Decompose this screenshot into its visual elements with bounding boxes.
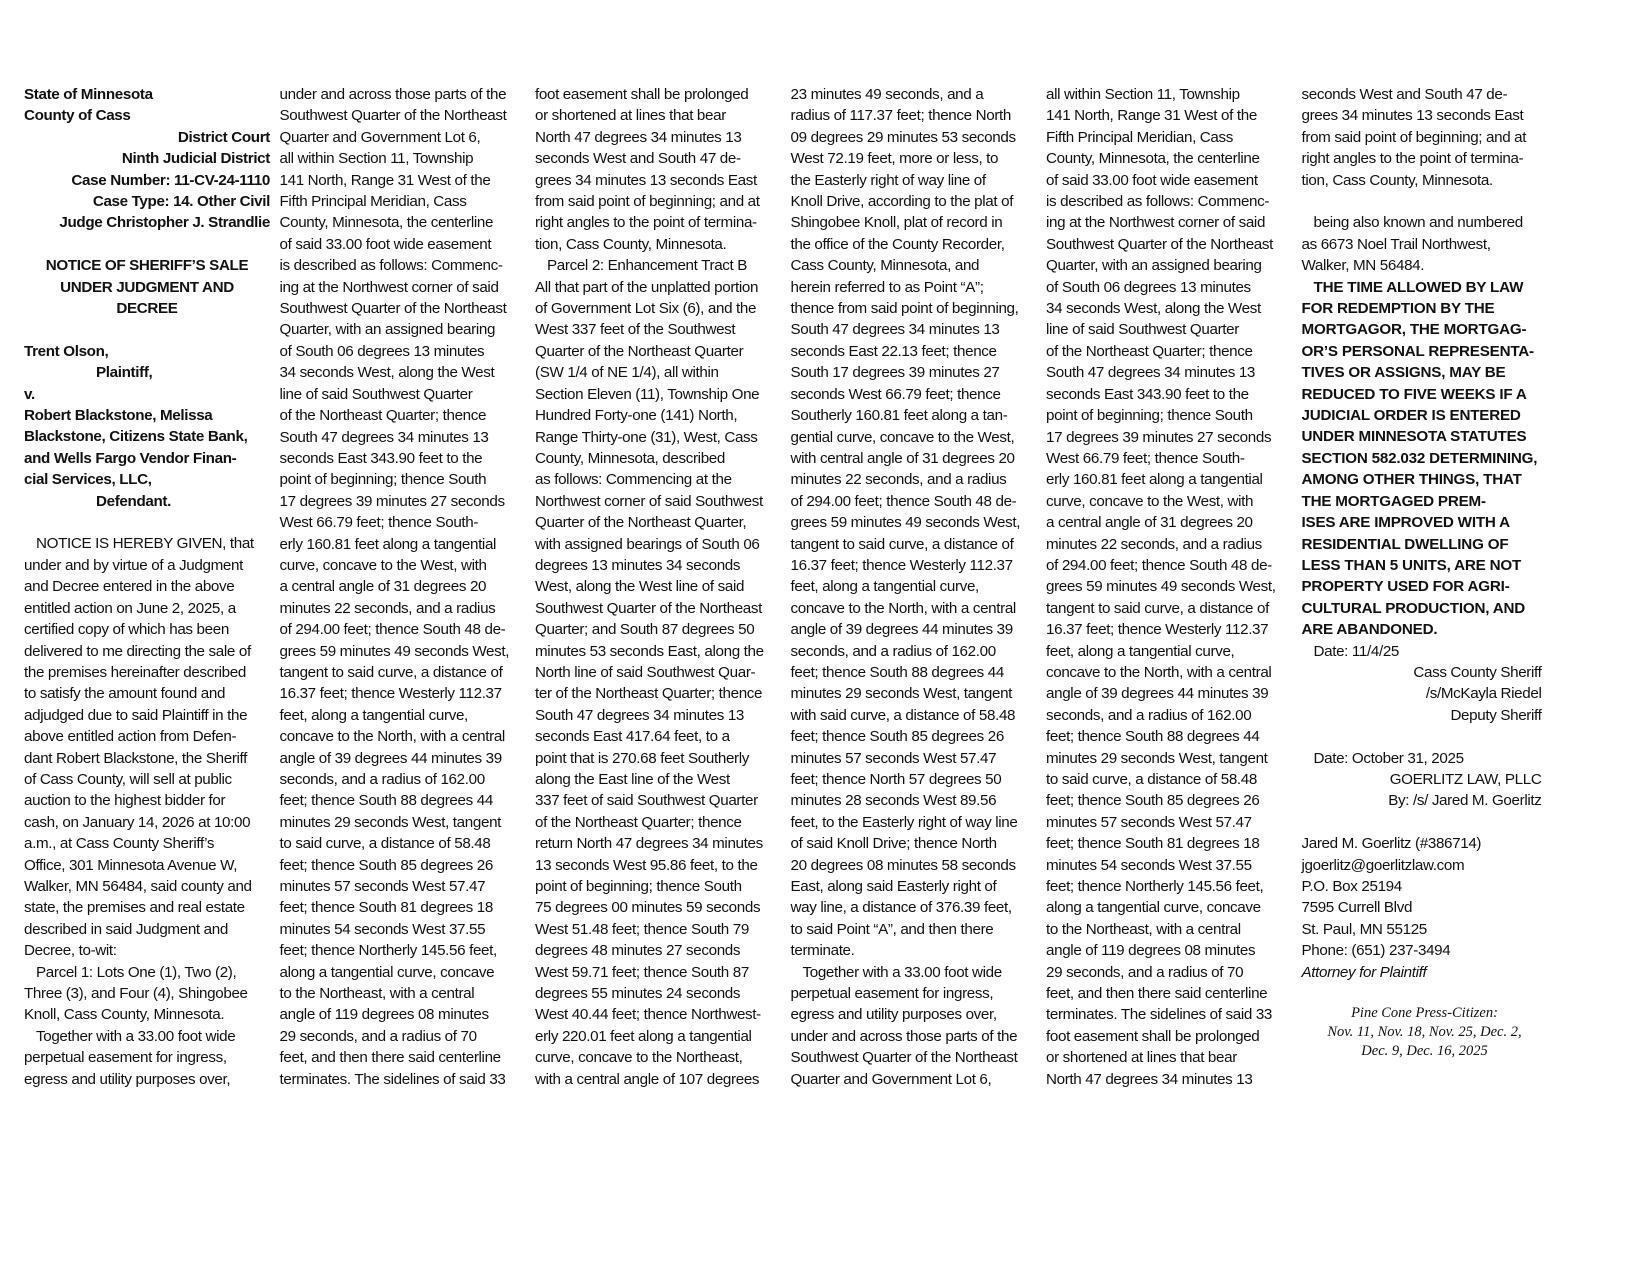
text-line: REDUCED TO FIVE WEEKS IF A <box>1302 384 1548 405</box>
text-line: above entitled action from Defen- <box>24 726 270 747</box>
text-line: PROPERTY USED FOR AGRI- <box>1302 576 1548 597</box>
text-line: All that part of the unplatted portion <box>535 277 781 298</box>
text-line: of 294.00 feet; thence South 48 de- <box>1046 555 1292 576</box>
text-line: (SW 1/4 of NE 1/4), all within <box>535 362 781 383</box>
text-line: concave to the North, with a central <box>1046 662 1292 683</box>
text-line: minutes 53 seconds East, along the <box>535 641 781 662</box>
text-line: egress and utility purposes over, <box>24 1069 270 1090</box>
text-line: THE TIME ALLOWED BY LAW <box>1302 277 1548 298</box>
text-line: ter of the Northeast Quarter; thence <box>535 683 781 704</box>
text-line: West 51.48 feet; thence South 79 <box>535 919 781 940</box>
text-line: Quarter and Government Lot 6, <box>791 1069 1037 1090</box>
text-line: South 17 degrees 39 minutes 27 <box>791 362 1037 383</box>
text-line: grees 34 minutes 13 seconds East <box>535 170 781 191</box>
column-4: 23 minutes 49 seconds, and aradius of 11… <box>791 84 1037 1090</box>
text-line: point of beginning; thence South <box>1046 405 1292 426</box>
text-line: the Easterly right of way line of <box>791 170 1037 191</box>
text-line: 34 seconds West, along the West <box>280 362 526 383</box>
text-line: gential curve, concave to the West, <box>791 427 1037 448</box>
defendant-line: cial Services, LLC, <box>24 469 270 490</box>
law-date: Date: October 31, 2025 <box>1302 748 1548 769</box>
text-line: Office, 301 Minnesota Avenue W, <box>24 855 270 876</box>
text-line: curve, concave to the West, with <box>1046 491 1292 512</box>
text-line: with a central angle of 107 degrees <box>535 1069 781 1090</box>
text-line: Quarter of the Northeast Quarter, <box>535 512 781 533</box>
text-line: along a tangential curve, concave <box>280 962 526 983</box>
text-line: UNDER MINNESOTA STATUTES <box>1302 426 1548 447</box>
text-line: Fifth Principal Meridian, Cass <box>280 191 526 212</box>
text-line: the premises hereinafter described <box>24 662 270 683</box>
text-line: 17 degrees 39 minutes 27 seconds <box>280 491 526 512</box>
text-line: concave to the North, with a central <box>791 598 1037 619</box>
text-line: Range Thirty-one (31), West, Cass <box>535 427 781 448</box>
column-5: all within Section 11, Township141 North… <box>1046 84 1292 1090</box>
legal-description: under and across those parts of theSouth… <box>280 84 526 1090</box>
text-line: along the East line of the West <box>535 769 781 790</box>
text-line: seconds, and a radius of 162.00 <box>791 641 1037 662</box>
text-line: feet; thence South 88 degrees 44 <box>280 790 526 811</box>
text-line: line of said Southwest Quarter <box>280 384 526 405</box>
text-line: seconds West 66.79 feet; thence <box>791 384 1037 405</box>
text-line: terminates. The sidelines of said 33 <box>280 1069 526 1090</box>
text-line: with said curve, a distance of 58.48 <box>791 705 1037 726</box>
text-line: seconds, and a radius of 162.00 <box>280 769 526 790</box>
text-line: degrees 55 minutes 24 seconds <box>535 983 781 1004</box>
text-line: perpetual easement for ingress, <box>791 983 1037 1004</box>
text-line: foot easement shall be prolonged <box>1046 1026 1292 1047</box>
text-line: feet; thence Northerly 145.56 feet, <box>280 940 526 961</box>
property-address: being also known and numberedas 6673 Noe… <box>1302 212 1548 276</box>
text-line: is described as follows: Commenc- <box>280 255 526 276</box>
text-line: seconds West and South 47 de- <box>1302 84 1548 105</box>
text-line: South 47 degrees 34 minutes 13 <box>791 319 1037 340</box>
text-line: erly 160.81 feet along a tangential <box>1046 469 1292 490</box>
text-line: feet; thence South 85 degrees 26 <box>791 726 1037 747</box>
text-line: South 47 degrees 34 minutes 13 <box>1046 362 1292 383</box>
publication-info: Pine Cone Press-Citizen: Nov. 11, Nov. 1… <box>1302 1004 1548 1061</box>
caption-district: Ninth Judicial District <box>24 148 270 169</box>
text-line: of the Northeast Quarter; thence <box>1046 341 1292 362</box>
text-line: degrees 13 minutes 34 seconds <box>535 555 781 576</box>
text-line: Together with a 33.00 foot wide <box>24 1026 270 1047</box>
redemption-notice: THE TIME ALLOWED BY LAWFOR REDEMPTION BY… <box>1302 277 1548 641</box>
text-line: ISES ARE IMPROVED WITH A <box>1302 512 1548 533</box>
attorney-role: Attorney for Plaintiff <box>1302 962 1548 983</box>
text-line: East, along said Easterly right of <box>791 876 1037 897</box>
attorney-street: 7595 Currell Blvd <box>1302 897 1548 918</box>
text-line: feet; thence North 57 degrees 50 <box>791 769 1037 790</box>
text-line: 13 seconds West 95.86 feet, to the <box>535 855 781 876</box>
text-line: thence from said point of beginning, <box>791 298 1037 319</box>
text-line: certified copy of which has been <box>24 619 270 640</box>
text-line: auction to the highest bidder for <box>24 790 270 811</box>
text-line: Hundred Forty-one (141) North, <box>535 405 781 426</box>
publication-dates: Dec. 9, Dec. 16, 2025 <box>1302 1042 1548 1061</box>
text-line: West 59.71 feet; thence South 87 <box>535 962 781 983</box>
text-line: a central angle of 31 degrees 20 <box>280 576 526 597</box>
text-line: Section Eleven (11), Township One <box>535 384 781 405</box>
text-line: 16.37 feet; thence Westerly 112.37 <box>1046 619 1292 640</box>
text-line: grees 59 minutes 49 seconds West, <box>280 641 526 662</box>
text-line: TIVES OR ASSIGNS, MAY BE <box>1302 362 1548 383</box>
text-line: JUDICIAL ORDER IS ENTERED <box>1302 405 1548 426</box>
text-line: along a tangential curve, concave <box>1046 897 1292 918</box>
text-line: minutes 57 seconds West 57.47 <box>1046 812 1292 833</box>
text-line: dant Robert Blackstone, the Sheriff <box>24 748 270 769</box>
text-line: minutes 22 seconds, and a radius <box>280 598 526 619</box>
text-line: with central angle of 31 degrees 20 <box>791 448 1037 469</box>
text-line: 337 feet of said Southwest Quarter <box>535 790 781 811</box>
text-line: 29 seconds, and a radius of 70 <box>1046 962 1292 983</box>
text-line: County, Minnesota, the centerline <box>280 212 526 233</box>
text-line: 29 seconds, and a radius of 70 <box>280 1026 526 1047</box>
text-line: angle of 119 degrees 08 minutes <box>1046 940 1292 961</box>
text-line: RESIDENTIAL DWELLING OF <box>1302 534 1548 555</box>
text-line: return North 47 degrees 34 minutes <box>535 833 781 854</box>
text-line: West 40.44 feet; thence Northwest- <box>535 1004 781 1025</box>
caption-state: State of Minnesota <box>24 84 270 105</box>
text-line: state, the premises and real estate <box>24 897 270 918</box>
text-line: SECTION 582.032 DETERMINING, <box>1302 448 1548 469</box>
text-line: seconds West and South 47 de- <box>535 148 781 169</box>
text-line: angle of 39 degrees 44 minutes 39 <box>280 748 526 769</box>
text-line: feet, to the Easterly right of way line <box>791 812 1037 833</box>
column-1: State of Minnesota County of Cass Distri… <box>24 84 270 1090</box>
text-line: OR’S PERSONAL REPRESENTA- <box>1302 341 1548 362</box>
attorney-email: jgoerlitz@goerlitzlaw.com <box>1302 855 1548 876</box>
text-line: 75 degrees 00 minutes 59 seconds <box>535 897 781 918</box>
text-line: of the Northeast Quarter; thence <box>535 812 781 833</box>
text-line: as follows: Commencing at the <box>535 469 781 490</box>
text-line: a central angle of 31 degrees 20 <box>1046 512 1292 533</box>
attorney-name: Jared M. Goerlitz (#386714) <box>1302 833 1548 854</box>
text-line: North line of said Southwest Quar- <box>535 662 781 683</box>
text-line: minutes 22 seconds, and a radius <box>791 469 1037 490</box>
text-line: all within Section 11, Township <box>280 148 526 169</box>
text-line: feet, and then there said centerline <box>280 1047 526 1068</box>
text-line: angle of 39 degrees 44 minutes 39 <box>1046 683 1292 704</box>
text-line: North 47 degrees 34 minutes 13 <box>1046 1069 1292 1090</box>
plaintiff-label: Plaintiff, <box>24 362 270 383</box>
text-line: feet; thence Northerly 145.56 feet, <box>1046 876 1292 897</box>
text-line: Three (3), and Four (4), Shingobee <box>24 983 270 1004</box>
text-line: 16.37 feet; thence Westerly 112.37 <box>791 555 1037 576</box>
text-line: seconds East 417.64 feet, to a <box>535 726 781 747</box>
text-line: County, Minnesota, the centerline <box>1046 148 1292 169</box>
text-line: angle of 39 degrees 44 minutes 39 <box>791 619 1037 640</box>
text-line: minutes 29 seconds West, tangent <box>791 683 1037 704</box>
text-line: feet, along a tangential curve, <box>791 576 1037 597</box>
text-line: Quarter and Government Lot 6, <box>280 127 526 148</box>
judge-name: Judge Christopher J. Strandlie <box>24 212 270 233</box>
text-line: described in said Judgment and <box>24 919 270 940</box>
text-line: NOTICE IS HEREBY GIVEN, that <box>24 533 270 554</box>
text-line: MORTGAGOR, THE MORTGAG- <box>1302 319 1548 340</box>
text-line: grees 59 minutes 49 seconds West, <box>1046 576 1292 597</box>
text-line: of Government Lot Six (6), and the <box>535 298 781 319</box>
defendant-line: and Wells Fargo Vendor Finan- <box>24 448 270 469</box>
legal-description: foot easement shall be prolongedor short… <box>535 84 781 1090</box>
versus: v. <box>24 384 270 405</box>
text-line: radius of 117.37 feet; thence North <box>791 105 1037 126</box>
text-line: Knoll, Cass County, Minnesota. <box>24 1004 270 1025</box>
text-line: of the Northeast Quarter; thence <box>280 405 526 426</box>
text-line: right angles to the point of termina- <box>1302 148 1548 169</box>
defendant-label: Defendant. <box>24 491 270 512</box>
text-line: of 294.00 feet; thence South 48 de- <box>791 491 1037 512</box>
defendant-line: Blackstone, Citizens State Bank, <box>24 426 270 447</box>
caption-court: District Court <box>24 127 270 148</box>
text-line: a.m., at Cass County Sheriff’s <box>24 833 270 854</box>
text-line: way line, a distance of 376.39 feet, <box>791 897 1037 918</box>
text-line: Walker, MN 56484. <box>1302 255 1548 276</box>
text-line: of said Knoll Drive; thence North <box>791 833 1037 854</box>
text-line: from said point of beginning; and at <box>535 191 781 212</box>
text-line: West 72.19 feet, more or less, to <box>791 148 1037 169</box>
column-6: seconds West and South 47 de-grees 34 mi… <box>1302 84 1548 1090</box>
text-line: feet; thence South 88 degrees 44 <box>1046 726 1292 747</box>
text-line: angle of 119 degrees 08 minutes <box>280 1004 526 1025</box>
defendant-line: Robert Blackstone, Melissa <box>24 405 270 426</box>
text-line: Southwest Quarter of the Northeast <box>280 298 526 319</box>
case-number: Case Number: 11-CV-24-1110 <box>24 170 270 191</box>
text-line: West, along the West line of said <box>535 576 781 597</box>
text-line: all within Section 11, Township <box>1046 84 1292 105</box>
text-line: Decree, to-wit: <box>24 940 270 961</box>
text-line: being also known and numbered <box>1302 212 1548 233</box>
text-line: line of said Southwest Quarter <box>1046 319 1292 340</box>
attorney-po-box: P.O. Box 25194 <box>1302 876 1548 897</box>
text-line: feet, along a tangential curve, <box>280 705 526 726</box>
text-line: right angles to the point of termina- <box>535 212 781 233</box>
text-line: of South 06 degrees 13 minutes <box>280 341 526 362</box>
text-line: South 47 degrees 34 minutes 13 <box>535 705 781 726</box>
text-line: erly 160.81 feet along a tangential <box>280 534 526 555</box>
attorney-city: St. Paul, MN 55125 <box>1302 919 1548 940</box>
text-line: Southerly 160.81 feet along a tan- <box>791 405 1037 426</box>
plaintiff-name: Trent Olson, <box>24 341 270 362</box>
text-line: Southwest Quarter of the Northeast <box>535 598 781 619</box>
text-line: with assigned bearings of South 06 <box>535 534 781 555</box>
text-line: South 47 degrees 34 minutes 13 <box>280 427 526 448</box>
text-line: or shortened at lines that bear <box>1046 1047 1292 1068</box>
text-line: to said curve, a distance of 58.48 <box>1046 769 1292 790</box>
text-line: AMONG OTHER THINGS, THAT <box>1302 469 1548 490</box>
text-line: North 47 degrees 34 minutes 13 <box>535 127 781 148</box>
text-line: point that is 270.68 feet Southerly <box>535 748 781 769</box>
text-line: delivered to me directing the sale of <box>24 641 270 662</box>
text-line: LESS THAN 5 UNITS, ARE NOT <box>1302 555 1548 576</box>
text-line: Southwest Quarter of the Northeast <box>280 105 526 126</box>
text-line: as 6673 Noel Trail Northwest, <box>1302 234 1548 255</box>
text-line: Southwest Quarter of the Northeast <box>1046 234 1292 255</box>
legal-description: 23 minutes 49 seconds, and aradius of 11… <box>791 84 1037 1090</box>
text-line: terminates. The sidelines of said 33 <box>1046 1004 1292 1025</box>
text-line: seconds East 22.13 feet; thence <box>791 341 1037 362</box>
text-line: of Cass County, will sell at public <box>24 769 270 790</box>
text-line: tion, Cass County, Minnesota. <box>535 234 781 255</box>
text-line: minutes 29 seconds West, tangent <box>280 812 526 833</box>
law-signature: By: /s/ Jared M. Goerlitz <box>1302 790 1548 811</box>
text-line: cash, on January 14, 2026 at 10:00 <box>24 812 270 833</box>
text-line: to the Northeast, with a central <box>280 983 526 1004</box>
text-line: from said point of beginning; and at <box>1302 127 1548 148</box>
law-firm: GOERLITZ LAW, PLLC <box>1302 769 1548 790</box>
text-line: foot easement shall be prolonged <box>535 84 781 105</box>
text-line: ing at the Northwest corner of said <box>1046 212 1292 233</box>
text-line: of said 33.00 foot wide easement <box>280 234 526 255</box>
text-line: adjudged due to said Plaintiff in the <box>24 705 270 726</box>
text-line: Northwest corner of said Southwest <box>535 491 781 512</box>
text-line: the office of the County Recorder, <box>791 234 1037 255</box>
text-line: concave to the North, with a central <box>280 726 526 747</box>
notice-body: NOTICE IS HEREBY GIVEN, thatunder and by… <box>24 533 270 1090</box>
text-line: 20 degrees 08 minutes 58 seconds <box>791 855 1037 876</box>
text-line: 23 minutes 49 seconds, and a <box>791 84 1037 105</box>
text-line: entitled action on June 2, 2025, a <box>24 598 270 619</box>
text-line: terminate. <box>791 940 1037 961</box>
text-line: Parcel 2: Enhancement Tract B <box>535 255 781 276</box>
caption-county: County of Cass <box>24 105 270 126</box>
text-line: grees 59 minutes 49 seconds West, <box>791 512 1037 533</box>
text-line: Quarter of the Northeast Quarter <box>535 341 781 362</box>
text-line: egress and utility purposes over, <box>791 1004 1037 1025</box>
text-line: ARE ABANDONED. <box>1302 619 1548 640</box>
attorney-phone: Phone: (651) 237-3494 <box>1302 940 1548 961</box>
text-line: tangent to said curve, a distance of <box>280 662 526 683</box>
text-line: FOR REDEMPTION BY THE <box>1302 298 1548 319</box>
text-line: feet, along a tangential curve, <box>1046 641 1292 662</box>
sheriff-date: Date: 11/4/25 <box>1302 641 1548 662</box>
text-line: County, Minnesota, described <box>535 448 781 469</box>
text-line: tangent to said curve, a distance of <box>1046 598 1292 619</box>
text-line: CULTURAL PRODUCTION, AND <box>1302 598 1548 619</box>
text-line: of said 33.00 foot wide easement <box>1046 170 1292 191</box>
text-line: Quarter, with an assigned bearing <box>280 319 526 340</box>
text-line: under and by virtue of a Judgment <box>24 555 270 576</box>
notice-title-line-3: DECREE <box>24 298 270 319</box>
text-line: Cass County, Minnesota, and <box>791 255 1037 276</box>
legal-notice-page: State of Minnesota County of Cass Distri… <box>24 84 1624 1090</box>
text-line: to the Northeast, with a central <box>1046 919 1292 940</box>
text-line: to said curve, a distance of 58.48 <box>280 833 526 854</box>
text-line: point of beginning; thence South <box>535 876 781 897</box>
text-line: 17 degrees 39 minutes 27 seconds <box>1046 427 1292 448</box>
text-line: minutes 54 seconds West 37.55 <box>1046 855 1292 876</box>
sheriff-signature: /s/McKayla Riedel <box>1302 683 1548 704</box>
text-line: erly 220.01 feet along a tangential <box>535 1026 781 1047</box>
legal-description: all within Section 11, Township141 North… <box>1046 84 1292 1090</box>
text-line: perpetual easement for ingress, <box>24 1047 270 1068</box>
text-line: feet; thence South 88 degrees 44 <box>791 662 1037 683</box>
text-line: THE MORTGAGED PREM- <box>1302 491 1548 512</box>
text-line: Fifth Principal Meridian, Cass <box>1046 127 1292 148</box>
text-line: feet, and then there said centerline <box>1046 983 1292 1004</box>
text-line: ing at the Northwest corner of said <box>280 277 526 298</box>
text-line: Together with a 33.00 foot wide <box>791 962 1037 983</box>
text-line: minutes 57 seconds West 57.47 <box>791 748 1037 769</box>
text-line: Shingobee Knoll, plat of record in <box>791 212 1037 233</box>
case-type: Case Type: 14. Other Civil <box>24 191 270 212</box>
text-line: West 337 feet of the Southwest <box>535 319 781 340</box>
text-line: feet; thence South 85 degrees 26 <box>1046 790 1292 811</box>
text-line: feet; thence South 81 degrees 18 <box>1046 833 1292 854</box>
text-line: under and across those parts of the <box>791 1026 1037 1047</box>
text-line: Quarter, with an assigned bearing <box>1046 255 1292 276</box>
text-line: minutes 22 seconds, and a radius <box>1046 534 1292 555</box>
text-line: seconds East 343.90 feet to the <box>280 448 526 469</box>
text-line: is described as follows: Commenc- <box>1046 191 1292 212</box>
text-line: under and across those parts of the <box>280 84 526 105</box>
publication-paper: Pine Cone Press-Citizen: <box>1302 1004 1548 1023</box>
text-line: curve, concave to the West, with <box>280 555 526 576</box>
text-line: minutes 29 seconds West, tangent <box>1046 748 1292 769</box>
legal-description-end: seconds West and South 47 de-grees 34 mi… <box>1302 84 1548 191</box>
text-line: of 294.00 feet; thence South 48 de- <box>280 619 526 640</box>
text-line: seconds East 343.90 feet to the <box>1046 384 1292 405</box>
text-line: 34 seconds West, along the West <box>1046 298 1292 319</box>
notice-title-line-2: UNDER JUDGMENT AND <box>24 277 270 298</box>
text-line: feet; thence South 81 degrees 18 <box>280 897 526 918</box>
text-line: and Decree entered in the above <box>24 576 270 597</box>
text-line: 16.37 feet; thence Westerly 112.37 <box>280 683 526 704</box>
text-line: to said Point “A”, and then there <box>791 919 1037 940</box>
text-line: herein referred to as Point “A”; <box>791 277 1037 298</box>
sheriff-title: Cass County Sheriff <box>1302 662 1548 683</box>
text-line: curve, concave to the Northeast, <box>535 1047 781 1068</box>
text-line: West 66.79 feet; thence South- <box>280 512 526 533</box>
text-line: Quarter; and South 87 degrees 50 <box>535 619 781 640</box>
text-line: point of beginning; thence South <box>280 469 526 490</box>
text-line: or shortened at lines that bear <box>535 105 781 126</box>
publication-dates: Nov. 11, Nov. 18, Nov. 25, Dec. 2, <box>1302 1023 1548 1042</box>
text-line: minutes 28 seconds West 89.56 <box>791 790 1037 811</box>
text-line: Parcel 1: Lots One (1), Two (2), <box>24 962 270 983</box>
text-line: seconds, and a radius of 162.00 <box>1046 705 1292 726</box>
text-line: degrees 48 minutes 27 seconds <box>535 940 781 961</box>
column-2: under and across those parts of theSouth… <box>280 84 526 1090</box>
text-line: of South 06 degrees 13 minutes <box>1046 277 1292 298</box>
text-line: tion, Cass County, Minnesota. <box>1302 170 1548 191</box>
text-line: Southwest Quarter of the Northeast <box>791 1047 1037 1068</box>
notice-title-line-1: NOTICE OF SHERIFF’S SALE <box>24 255 270 276</box>
column-3: foot easement shall be prolongedor short… <box>535 84 781 1090</box>
text-line: Walker, MN 56484, said county and <box>24 876 270 897</box>
text-line: 141 North, Range 31 West of the <box>1046 105 1292 126</box>
text-line: minutes 57 seconds West 57.47 <box>280 876 526 897</box>
sheriff-role: Deputy Sheriff <box>1302 705 1548 726</box>
text-line: Knoll Drive, according to the plat of <box>791 191 1037 212</box>
text-line: feet; thence South 85 degrees 26 <box>280 855 526 876</box>
text-line: 09 degrees 29 minutes 53 seconds <box>791 127 1037 148</box>
text-line: minutes 54 seconds West 37.55 <box>280 919 526 940</box>
text-line: tangent to said curve, a distance of <box>791 534 1037 555</box>
text-line: 141 North, Range 31 West of the <box>280 170 526 191</box>
text-line: to satisfy the amount found and <box>24 683 270 704</box>
text-line: West 66.79 feet; thence South- <box>1046 448 1292 469</box>
text-line: grees 34 minutes 13 seconds East <box>1302 105 1548 126</box>
